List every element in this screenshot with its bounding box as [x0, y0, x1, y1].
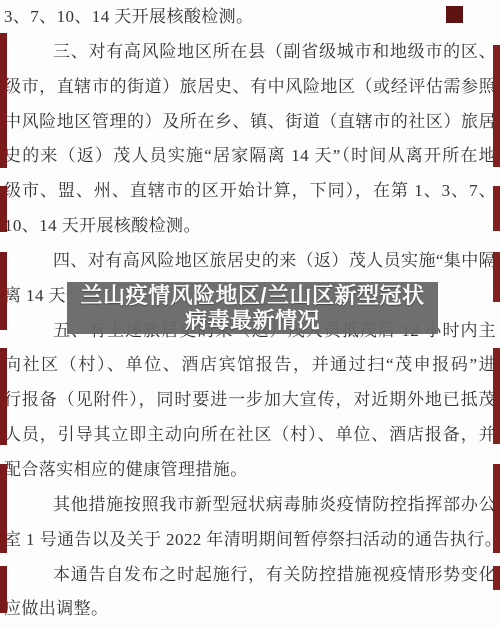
text-line: 中风险地区管理的）及所在乡、镇、街道（直辖市的社区）旅居: [4, 105, 496, 140]
text-line: 史的来（返）茂人员实施“居家隔离 14 天”（时间从离开所在地: [4, 139, 496, 174]
text-line: 向社区（村）、单位、酒店宾馆报告，并通过扫“茂申报码”进: [4, 348, 496, 383]
headline-line-1: 兰山疫情风险地区/兰山区新型冠状: [80, 283, 424, 308]
text-line: 行报备（见附件），同时要进一步加大宣传，对近期外地已抵茂: [4, 383, 496, 418]
headline-line-2: 病毒最新情况: [185, 308, 320, 333]
text-line: 应做出调整。: [4, 592, 496, 627]
red-edge-mark-left: [0, 348, 7, 445]
text-line: 10、14 天开展核酸检测。: [4, 209, 496, 244]
text-line: 本通告自发布之时起施行，有关防控措施视疫情形势变化相: [4, 558, 496, 593]
text-line: 三、对有高风险地区所在县（副省级城市和地级市的区、县: [4, 35, 496, 70]
red-edge-mark-right: [493, 45, 500, 167]
document-page: 3、7、10、14 天开展核酸检测。三、对有高风险地区所在县（副省级城市和地级市…: [0, 0, 500, 628]
text-line: 配合落实相应的健康管理措施。: [4, 453, 496, 488]
red-edge-mark-right: [493, 252, 500, 302]
text-line: 级市、盟、州、直辖市的区开始计算，下同），在第 1、3、7、: [4, 174, 496, 209]
text-line: 人员，引导其立即主动向所在社区（村）、单位、酒店报备，并: [4, 418, 496, 453]
red-edge-mark-left: [0, 33, 7, 168]
red-edge-mark-right: [493, 348, 500, 444]
red-edge-mark-right: [493, 464, 500, 553]
red-mark-square: [446, 6, 463, 23]
red-edge-mark-left: [0, 186, 7, 232]
headline-overlay: 兰山疫情风险地区/兰山区新型冠状 病毒最新情况: [67, 282, 438, 334]
text-line: 四、对有高风险地区旅居史的来（返）茂人员实施“集中隔: [4, 244, 496, 279]
red-edge-mark-left: [0, 464, 7, 553]
red-edge-mark-right: [493, 566, 500, 590]
text-line: 其他措施按照我市新型冠状病毒肺炎疫情防控指挥部办公: [4, 488, 496, 523]
red-edge-mark-left: [0, 566, 7, 613]
red-edge-mark-left: [0, 252, 7, 330]
text-line: 级市，直辖市的街道）旅居史、有中风险地区（或经评估需参照: [4, 70, 496, 105]
text-line: 室 1 号通告以及关于 2022 年清明期间暂停祭扫活动的通告执行。: [4, 523, 496, 558]
red-edge-mark-right: [493, 186, 500, 231]
text-line: 3、7、10、14 天开展核酸检测。: [4, 0, 496, 35]
